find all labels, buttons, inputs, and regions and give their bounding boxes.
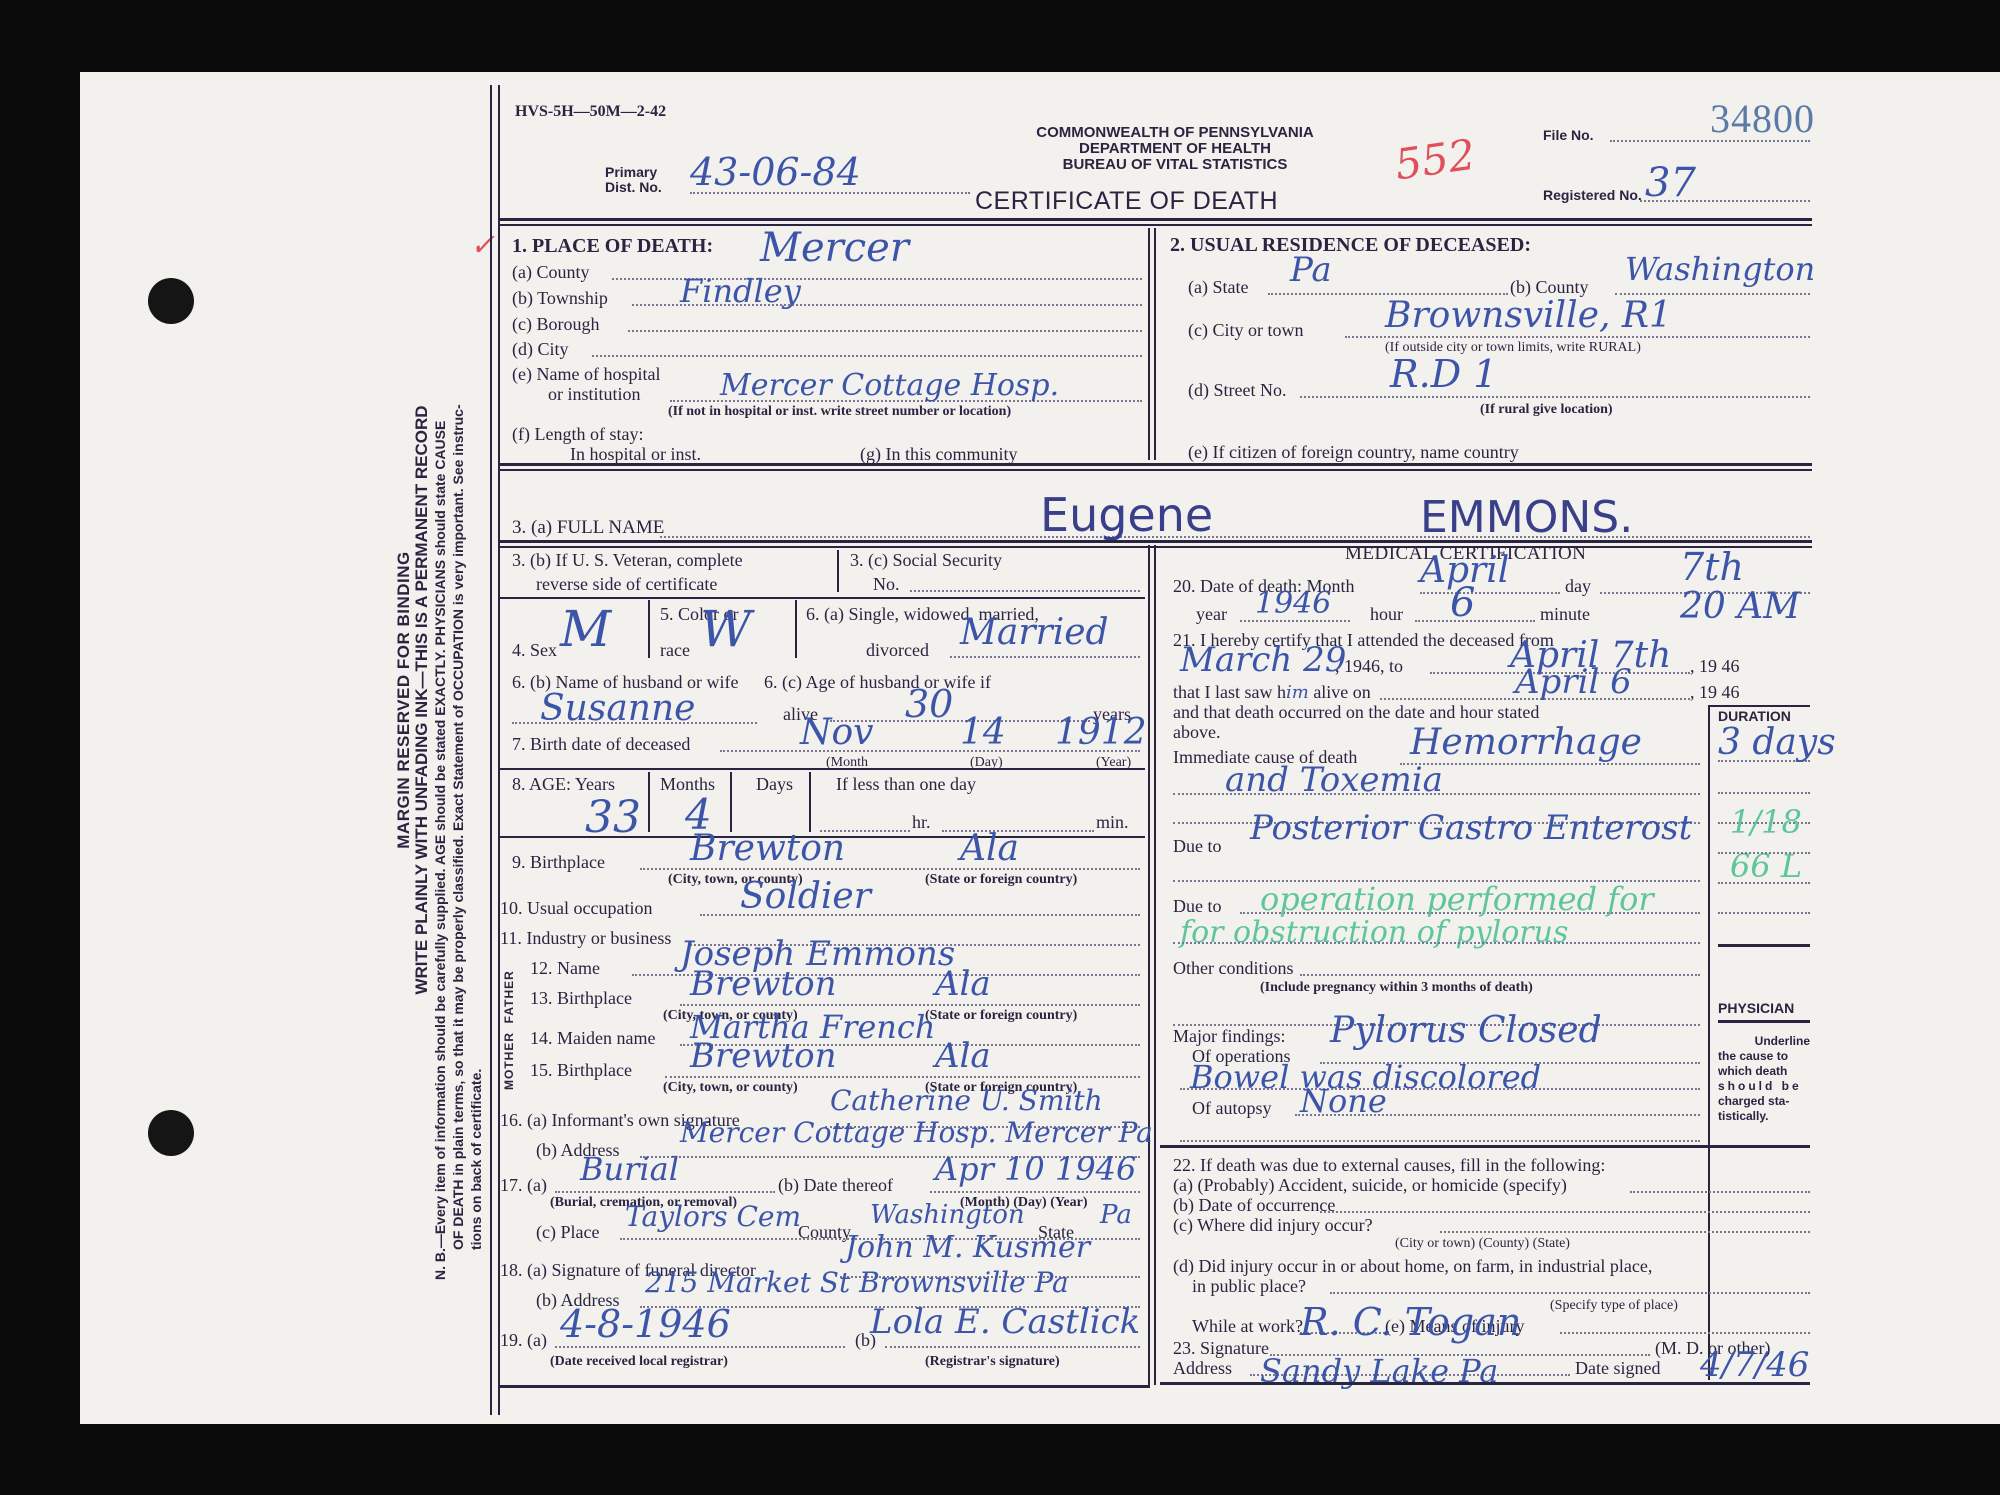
residence-city-value: Brownsville, R1: [1385, 295, 1672, 336]
residence-state-label: (a) State: [1188, 277, 1248, 297]
informant-signature-value: Catherine U. Smith: [830, 1084, 1103, 1117]
mother-name-label: 14. Maiden name: [530, 1028, 655, 1048]
death-hour-label: hour: [1370, 604, 1403, 624]
funeral-director-value: John M. Kusmer: [845, 1230, 1090, 1265]
occupation-label: 10. Usual occupation: [500, 898, 652, 918]
last-saw-value: April 6: [1515, 662, 1632, 702]
autopsy-value: None: [1300, 1082, 1387, 1120]
certificate-title: CERTIFICATE OF DEATH: [975, 187, 1278, 216]
occupation-value: Soldier: [740, 876, 871, 917]
residence-foreign-label: (e) If citizen of foreign country, name …: [1188, 442, 1519, 462]
death-hour-value: 6: [1450, 580, 1475, 626]
file-no-value: 34800: [1710, 95, 1815, 142]
above-label: above.: [1173, 722, 1220, 742]
burial-county-label: County: [798, 1222, 851, 1242]
death-minute-label: minute: [1540, 604, 1590, 624]
attended-from-year: , 1946, to: [1335, 656, 1403, 676]
stay-hospital-label: In hospital or inst.: [570, 444, 701, 464]
residence-street-value: R.D 1: [1390, 352, 1497, 396]
place-hospital-value: Mercer Cottage Hosp.: [720, 368, 1059, 403]
physician-heading: PHYSICIAN: [1718, 1000, 1794, 1016]
external-b-label: (b) Date of occurrence: [1173, 1195, 1335, 1215]
birth-month-value: Nov: [800, 712, 874, 753]
residence-county-value: Washington: [1625, 250, 1815, 288]
birthplace-state-note: (State or foreign country): [925, 872, 1077, 888]
section-divider-2: [500, 540, 1812, 548]
residence-county-label: (b) County: [1510, 277, 1589, 297]
immediate-cause-value: Hemorrhage: [1410, 722, 1642, 763]
marital-value: Married: [960, 612, 1109, 653]
full-name-first: Eugene: [1040, 488, 1213, 542]
burial-place-label: (c) Place: [536, 1222, 599, 1242]
mother-birthplace-city: Brewton: [690, 1036, 837, 1076]
less-than-day-label: If less than one day: [836, 774, 976, 794]
primary-dist-value: 43-06-84: [690, 150, 861, 194]
primary-dist-label: Primary Dist. No.: [605, 165, 662, 195]
external-d-label: (d) Did injury occur in or about home, o…: [1173, 1256, 1652, 1276]
last-saw-year: , 19 46: [1690, 682, 1740, 702]
birthplace-label: 9. Birthplace: [512, 852, 605, 872]
registrar-date-value: 4-8-1946: [560, 1302, 731, 1346]
stay-community-label: (g) In this community: [860, 444, 1017, 464]
of-autopsy-label: Of autopsy: [1192, 1098, 1272, 1118]
residence-street-note: (If rural give location): [1480, 402, 1613, 418]
length-of-stay-label: (f) Length of stay:: [512, 424, 643, 444]
place-county-value: Mercer: [760, 225, 909, 271]
race-label: race: [660, 640, 690, 660]
external-c-label: (c) Where did injury occur?: [1173, 1215, 1373, 1235]
place-county-label: (a) County: [512, 262, 589, 282]
mother-birthplace-state: Ala: [935, 1036, 991, 1076]
margin-instructions: MARGIN RESERVED FOR BINDING WRITE PLAINL…: [395, 110, 485, 1290]
place-township-label: (b) Township: [512, 288, 608, 308]
place-city-label: (d) City: [512, 339, 569, 359]
disposition-date-label: (b) Date thereof: [778, 1175, 893, 1195]
birth-date-label: 7. Birth date of deceased: [512, 734, 690, 754]
veteran-label: 3. (b) If U. S. Veteran, complete: [512, 550, 743, 570]
agency-header: COMMONWEALTH OF PENNSYLVANIA DEPARTMENT …: [950, 125, 1400, 173]
birthplace-city-value: Brewton: [690, 828, 845, 869]
ssn-label: 3. (c) Social Security: [850, 550, 1002, 570]
full-name-last: EMMONS.: [1420, 492, 1633, 543]
date-signed-value: 4/7/46: [1700, 1345, 1809, 1385]
attended-from-value: March 29: [1180, 640, 1346, 680]
birth-day-value: 14: [960, 712, 1006, 753]
margin-nb-line1: N. B.—Every item of information should b…: [431, 110, 449, 1290]
registrar-signature-note: (Registrar's signature): [925, 1354, 1060, 1370]
margin-nb-line2: OF DEATH in plain terms, so that it may …: [449, 110, 467, 1290]
external-d-label2: in public place?: [1192, 1276, 1306, 1296]
death-day-value: 7th: [1680, 545, 1744, 589]
birthplace-state-value: Ala: [960, 828, 1019, 869]
binder-hole-top: [148, 278, 194, 324]
informant-address-value: Mercer Cottage Hosp. Mercer Pa: [680, 1116, 1153, 1149]
physician-address-label: Address: [1173, 1358, 1232, 1378]
header-divider: [500, 218, 1812, 226]
residence-state-value: Pa: [1290, 250, 1332, 290]
registrar-date-label: 19. (a): [500, 1330, 547, 1350]
min-label: min.: [1096, 812, 1129, 832]
due-to-2-value: operation performed for: [1260, 880, 1654, 918]
operations-findings-value: Pylorus Closed: [1330, 1010, 1602, 1051]
race-value: W: [700, 600, 751, 658]
due-to-1-value: Posterior Gastro Enterost: [1250, 808, 1692, 848]
section-divider-1: [500, 463, 1812, 471]
other-conditions-label: Other conditions: [1173, 958, 1293, 978]
father-state-note: (State or foreign country): [925, 1008, 1077, 1024]
hr-label: hr.: [912, 812, 931, 832]
mother-birthplace-label: 15. Birthplace: [530, 1060, 632, 1080]
funeral-director-address-value: 215 Market St Brownsville Pa: [645, 1266, 1069, 1299]
external-d-note: (Specify type of place): [1550, 1298, 1678, 1314]
ssn-label2: No.: [873, 574, 900, 594]
due-to-2-value2: for obstruction of pylorus: [1180, 915, 1568, 950]
place-hospital-note: (If not in hospital or inst. write stree…: [668, 404, 1011, 420]
immediate-duration-value: 3 days: [1718, 722, 1836, 763]
full-name-label: 3. (a) FULL NAME: [512, 518, 664, 538]
place-township-value: Findley: [680, 272, 801, 310]
form-code: HVS-5H—50M—2-42: [515, 103, 666, 121]
physician-signature-value: R. C. Togan: [1300, 1300, 1521, 1344]
father-birthplace-state: Ala: [935, 964, 991, 1004]
physician-signature-label: 23. Signature: [1173, 1338, 1269, 1358]
due-to-1-label: Due to: [1173, 836, 1222, 856]
place-hospital-label2: or institution: [548, 384, 641, 404]
spouse-age-value: 30: [905, 682, 953, 726]
father-birthplace-city: Brewton: [690, 964, 837, 1004]
industry-label: 11. Industry or business: [500, 928, 671, 948]
registrar-signature-value: Lola E. Castlick: [870, 1302, 1140, 1342]
due-to-1-duration: 1/18 66 L: [1730, 800, 1810, 888]
registered-no-value: 37: [1645, 160, 1696, 206]
major-findings-label: Major findings:: [1173, 1026, 1286, 1046]
file-no-label: File No.: [1543, 128, 1594, 143]
place-hospital-label: (e) Name of hospital: [512, 364, 660, 384]
residence-street-label: (d) Street No.: [1188, 380, 1286, 400]
disposition-value: Burial: [580, 1150, 679, 1188]
disposition-label: 17. (a): [500, 1175, 547, 1195]
marital-label2: divorced: [866, 640, 929, 660]
death-minute-value: 20 AM: [1680, 586, 1800, 627]
registered-no-label: Registered No.: [1543, 188, 1642, 203]
death-year-label: year: [1196, 604, 1227, 624]
mother-city-note: (City, town, or county): [663, 1080, 798, 1096]
margin-ink-note: WRITE PLAINLY WITH UNFADING INK—THIS IS …: [413, 110, 431, 1290]
burial-county-value: Washington: [870, 1200, 1025, 1230]
father-birthplace-label: 13. Birthplace: [530, 988, 632, 1008]
external-c-note: (City or town) (County) (State): [1395, 1236, 1570, 1252]
external-causes-heading: 22. If death was due to external causes,…: [1173, 1155, 1605, 1175]
father-name-label: 12. Name: [530, 958, 600, 978]
burial-state-value: Pa: [1100, 1200, 1132, 1230]
while-at-work-label: While at work?: [1192, 1316, 1303, 1336]
birth-year-value: 1912: [1055, 712, 1147, 753]
left-border-rule: [490, 85, 500, 1415]
external-a-label: (a) (Probably) Accident, suicide, or hom…: [1173, 1175, 1567, 1195]
burial-place-value: Taylors Cem: [625, 1200, 801, 1233]
due-to-2-label: Due to: [1173, 896, 1222, 916]
sex-value: M: [560, 600, 611, 658]
age-years-label: 8. AGE: Years: [512, 774, 615, 794]
place-borough-label: (c) Borough: [512, 314, 599, 334]
binder-hole-bottom: [148, 1110, 194, 1156]
date-signed-label: Date signed: [1575, 1358, 1660, 1378]
disposition-date-value: Apr 10 1946: [935, 1150, 1136, 1188]
other-conditions-note: (Include pregnancy within 3 months of de…: [1260, 980, 1533, 996]
death-year-value: 1946: [1255, 586, 1331, 621]
registrar-date-note: (Date received local registrar): [550, 1354, 728, 1370]
margin-binding-note: MARGIN RESERVED FOR BINDING: [395, 110, 413, 1290]
residence-heading: 2. USUAL RESIDENCE OF DECEASED:: [1170, 235, 1531, 255]
veteran-label2: reverse side of certificate: [536, 574, 717, 594]
death-day-label: day: [1565, 576, 1591, 596]
occurred-statement: and that death occurred on the date and …: [1173, 702, 1539, 722]
parents-side-label: MOTHER FATHER: [502, 960, 516, 1100]
spouse-age-label: 6. (c) Age of husband or wife if: [764, 672, 991, 692]
attended-to-year: , 19 46: [1690, 656, 1740, 676]
residence-city-label: (c) City or town: [1188, 320, 1303, 340]
place-of-death-heading: 1. PLACE OF DEATH:: [512, 236, 713, 256]
margin-nb-line3: tions on back of certificate.: [467, 110, 485, 1290]
physician-note: Underline the cause to which death shoul…: [1718, 1034, 1810, 1124]
sex-label: 4. Sex: [512, 640, 557, 660]
last-saw-label: that I last saw him alive on: [1173, 682, 1371, 703]
age-days-label: Days: [756, 774, 793, 794]
